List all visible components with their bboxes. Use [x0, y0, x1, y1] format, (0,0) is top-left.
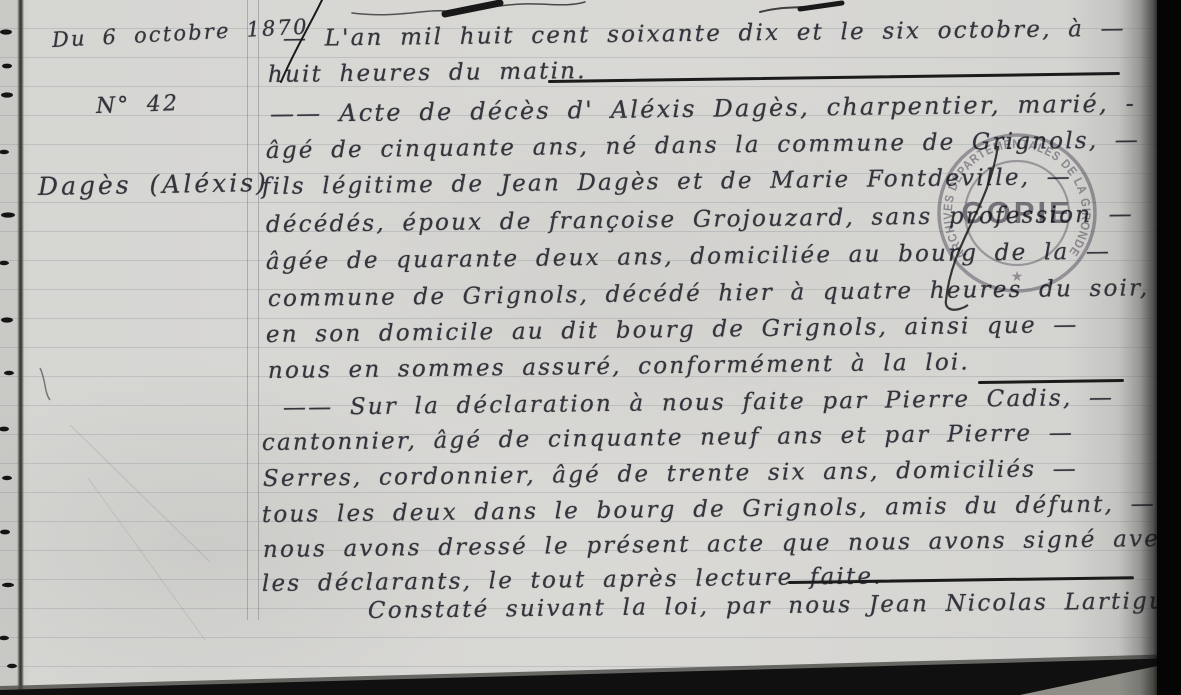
- copie-archive-stamp: ARCHIVES DÉPARTEMENTALES DE LA GIRONDE ★…: [922, 118, 1112, 308]
- margin-divider-line-2: [258, 0, 259, 620]
- margin-divider-line: [247, 0, 248, 620]
- margin-deceased-name: Dagès (Aléxis): [38, 168, 269, 201]
- page-binding-fold: [17, 0, 24, 695]
- stamp-copie-text: COPIE: [961, 195, 1072, 230]
- microfilm-scan: Du 6 octobre 1870 N° 42 Dagès (Aléxis) —…: [0, 0, 1181, 695]
- right-page-edge-shadow: [1118, 0, 1158, 695]
- body-line-2: huit heures du matin.: [268, 58, 587, 92]
- margin-act-number: N° 42: [96, 91, 180, 119]
- stamp-star: ★: [1011, 269, 1024, 285]
- film-background-strip: [1157, 0, 1181, 695]
